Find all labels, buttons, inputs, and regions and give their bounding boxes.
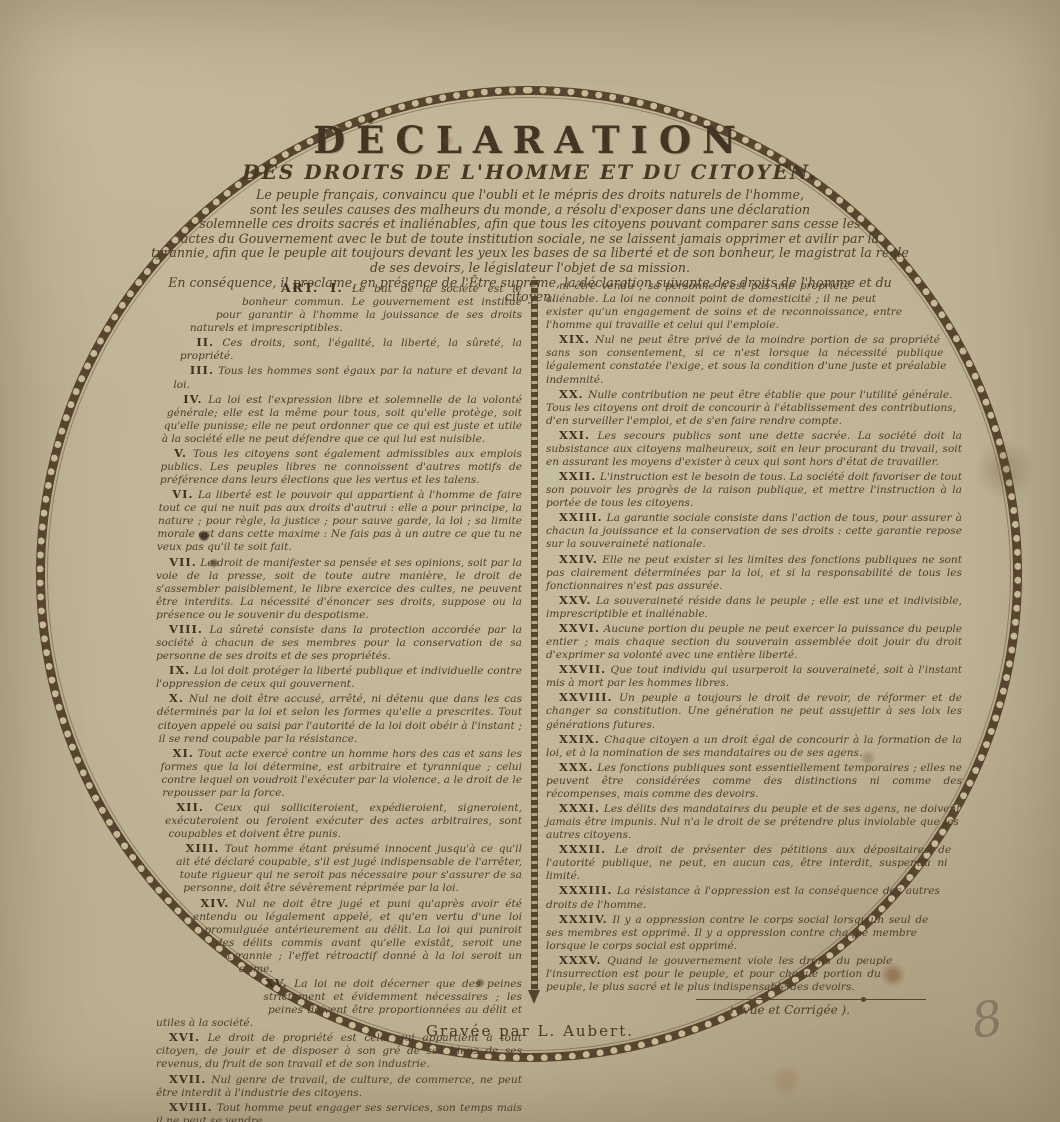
article-number: XXVIII. <box>559 690 612 704</box>
article-number: XXX. <box>559 760 593 774</box>
article-number: VII. <box>169 555 196 569</box>
preamble-text: Le peuple français, convaincu que l'oubl… <box>148 188 912 276</box>
preamble: Le peuple français, convaincu que l'oubl… <box>148 188 912 280</box>
article-number: XVII. <box>169 1072 206 1086</box>
article-number: V. <box>174 446 187 460</box>
article-number: VIII. <box>169 622 203 636</box>
revision-note-text: revue et Corrigée ). <box>730 1003 850 1017</box>
article-paragraph: II. Ces droits, sont, l'égalité, la libe… <box>156 335 522 363</box>
article-number: X. <box>169 691 184 705</box>
article-paragraph: V. Tous les citoyens sont également admi… <box>156 446 522 487</box>
article-number: XVIII. <box>169 1100 213 1114</box>
document-title: DÉCLARATION <box>0 118 1060 162</box>
article-number: XX. <box>559 387 584 401</box>
article-number: III. <box>190 363 214 377</box>
column-divider <box>531 280 538 990</box>
left-column: ART. I. Le but de la société est le bonh… <box>156 280 522 1016</box>
document-subtitle: DES DROITS DE L'HOMME ET DU CITOYEN. <box>0 160 1060 184</box>
article-paragraph: XIII. Tout homme étant présumé innocent … <box>156 841 522 895</box>
article-number: XXIX. <box>559 732 600 746</box>
article-paragraph: XXI. Les secours publics sont une dette … <box>546 428 962 469</box>
right-articles: ni être vendu ; sa personne n'est pas un… <box>546 280 962 994</box>
article-paragraph: XVII. Nul genre de travail, de culture, … <box>156 1072 522 1100</box>
article-number: XVI. <box>169 1030 200 1044</box>
article-number: XXVII. <box>559 662 606 676</box>
article-number: XXXIII. <box>559 883 612 897</box>
article-number: XXXI. <box>559 801 600 815</box>
engraving-page: DÉCLARATION DES DROITS DE L'HOMME ET DU … <box>0 0 1060 1122</box>
article-number: XIII. <box>186 841 220 855</box>
article-paragraph: VIII. La sûreté consiste dans la protect… <box>156 622 522 663</box>
articles-columns: ART. I. Le but de la société est le bonh… <box>156 280 962 1016</box>
article-number: ART. I. <box>281 280 343 295</box>
article-number: XXXII. <box>559 842 606 856</box>
revision-rule <box>696 999 926 1000</box>
article-number: XV. <box>265 976 288 990</box>
article-number: II. <box>196 335 214 349</box>
article-number: XII. <box>176 800 203 814</box>
right-column: ni être vendu ; sa personne n'est pas un… <box>546 280 962 1016</box>
article-number: XI. <box>173 746 194 760</box>
article-paragraph: IV. La loi est l'expression libre et sol… <box>156 392 522 446</box>
article-number: XXXIV. <box>559 912 608 926</box>
article-paragraph: XII. Ceux qui solliciteroient, expédiero… <box>156 800 522 841</box>
article-number: XXVI. <box>559 621 600 635</box>
article-number: XIV. <box>200 896 229 910</box>
article-number: XXV. <box>559 593 592 607</box>
article-paragraph: XI. Tout acte exercé contre un homme hor… <box>156 746 522 800</box>
article-paragraph: IX. La loi doit protéger la liberté publ… <box>156 663 522 691</box>
article-number: XXI. <box>559 428 590 442</box>
article-number: XXIV. <box>559 552 598 566</box>
article-paragraph: XVIII. Tout homme peut engager ses servi… <box>156 1100 522 1122</box>
article-number: IX. <box>169 663 190 677</box>
article-paragraph: VII. Le droit de manifester sa pensée et… <box>156 555 522 622</box>
article-paragraph: VI. La liberté est le pouvoir qui appart… <box>156 487 522 554</box>
engraver-credit: Gravée par L. Aubert. <box>426 1022 634 1040</box>
article-number: XXII. <box>559 469 596 483</box>
article-number: XXXV. <box>559 953 601 967</box>
article-number: IV. <box>183 392 202 406</box>
article-paragraph: X. Nul ne doit être accusé, arrêté, ni d… <box>156 691 522 745</box>
article-number: XIX. <box>559 332 590 346</box>
article-number: VI. <box>172 487 193 501</box>
article-number: XXIII. <box>559 510 603 524</box>
